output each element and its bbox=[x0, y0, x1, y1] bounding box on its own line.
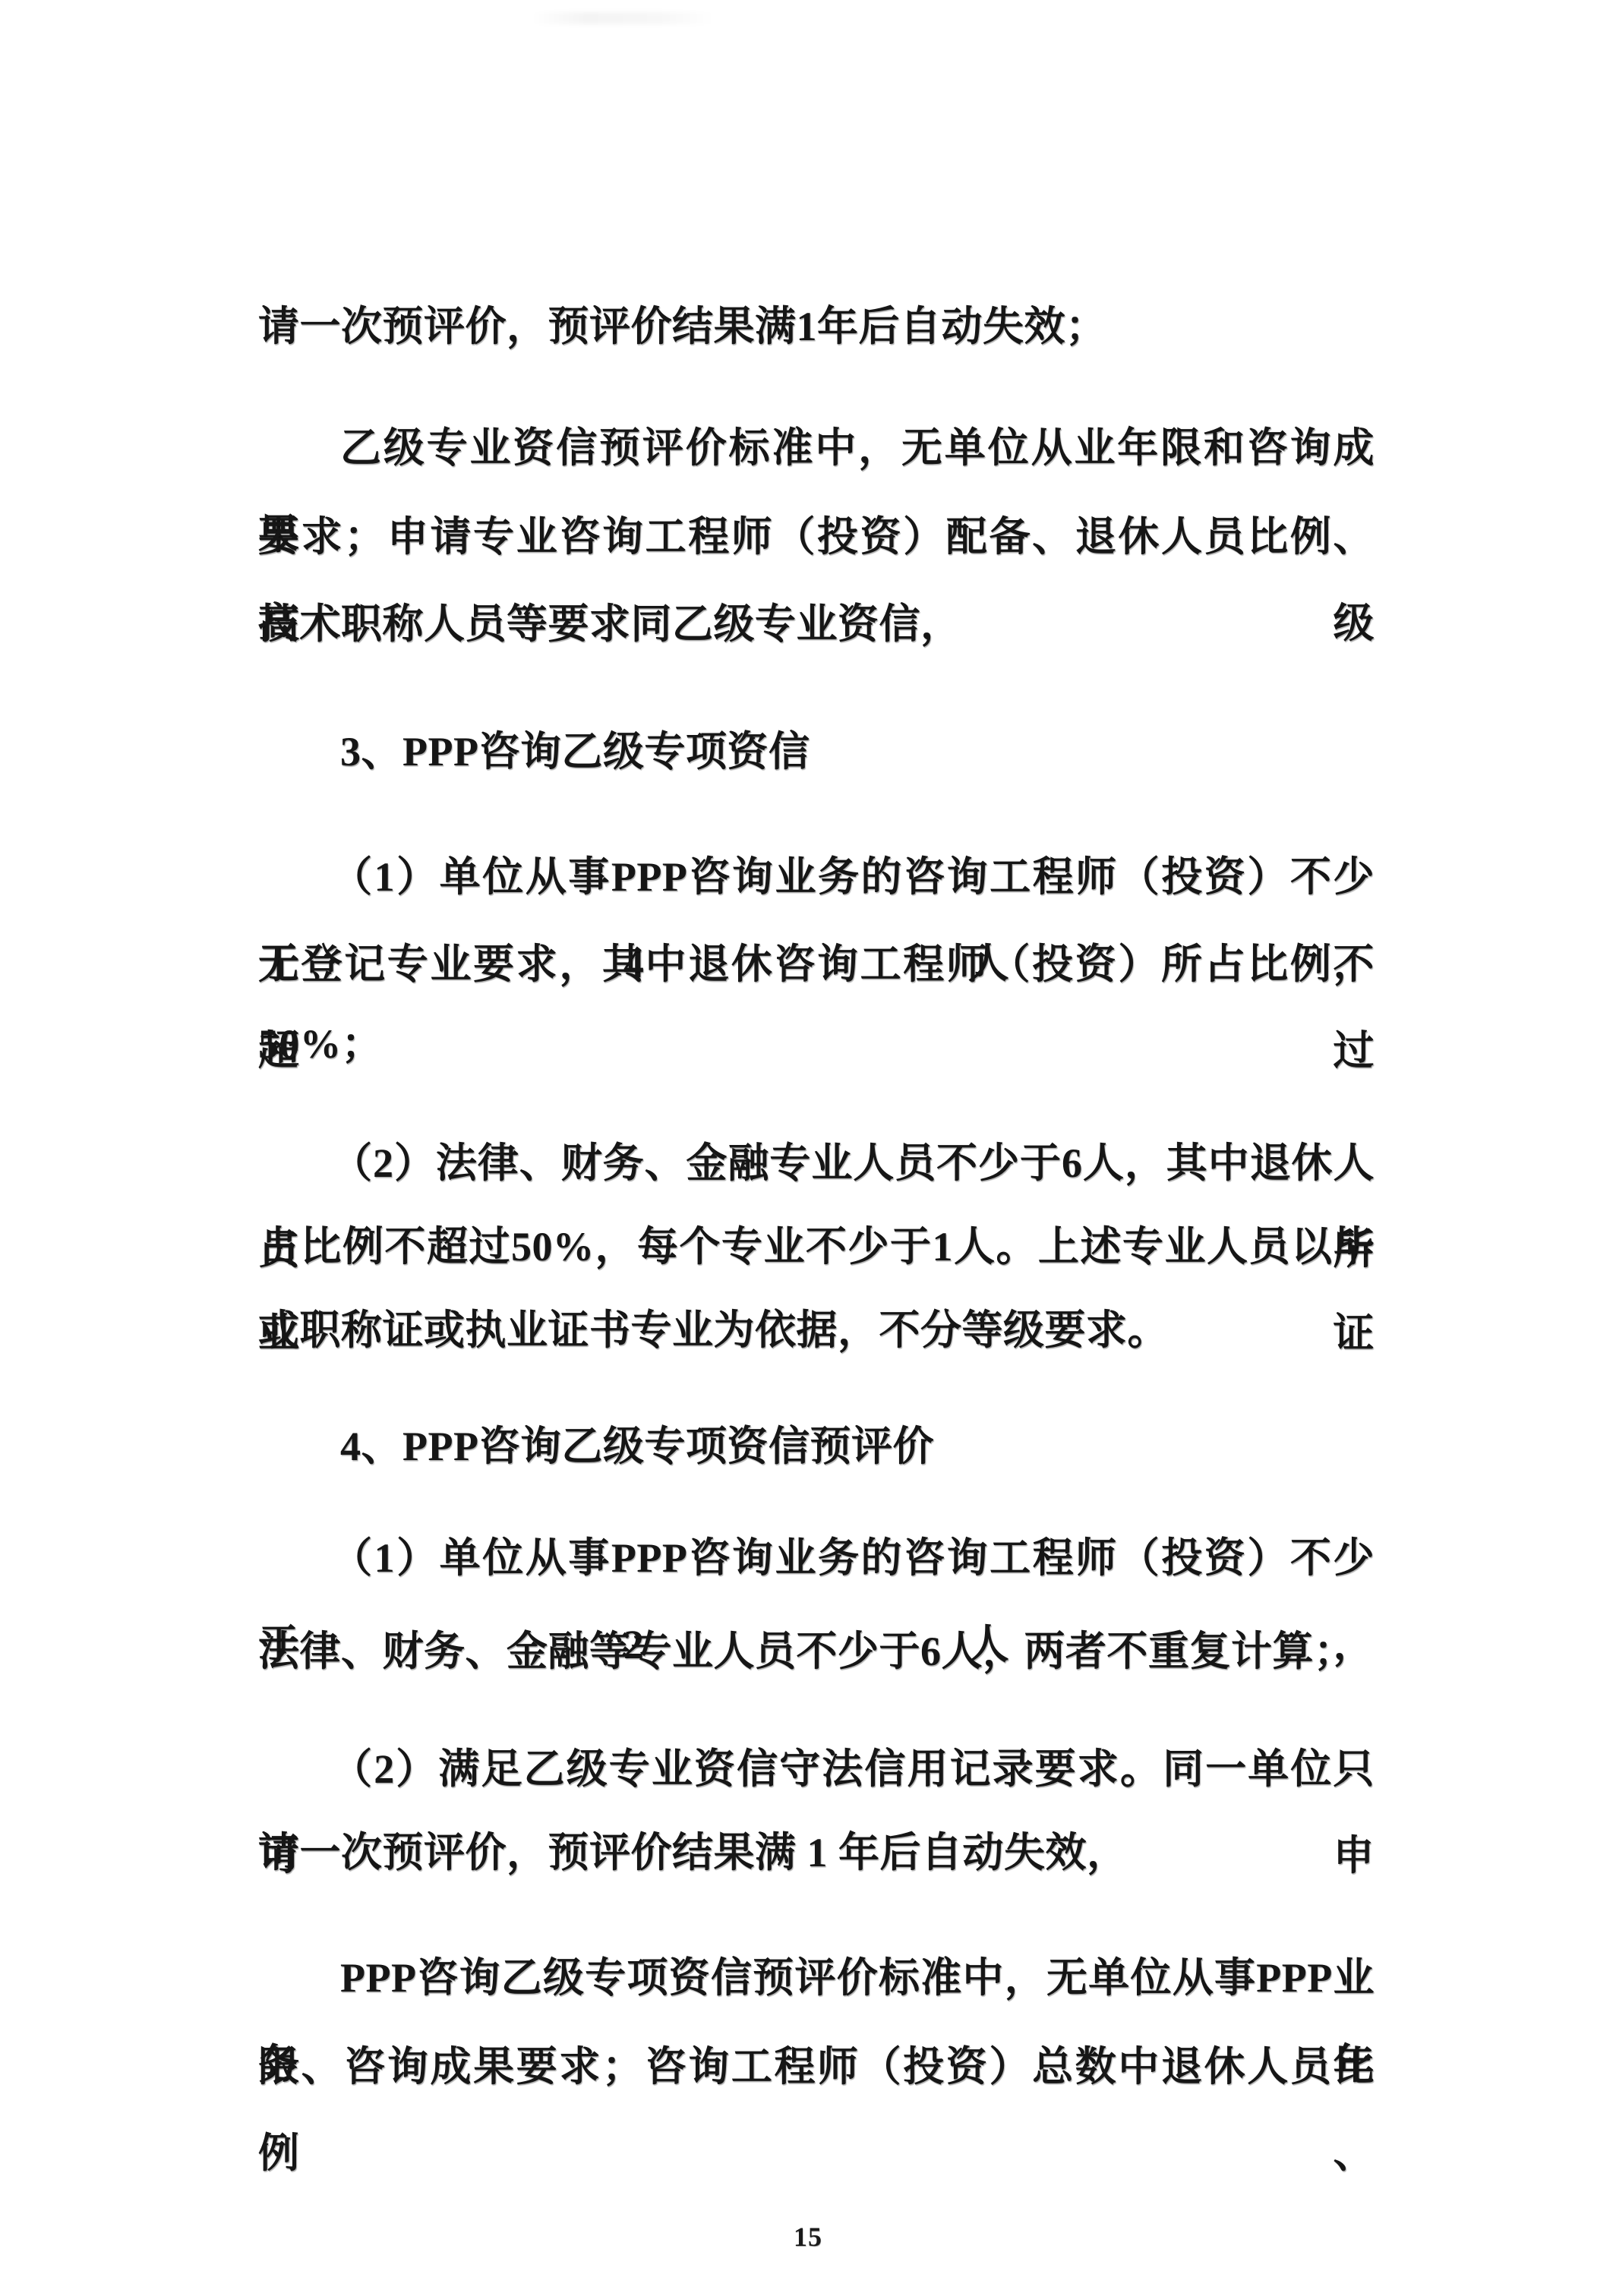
section-3-heading: 3、PPP咨询乙级专项资信 bbox=[258, 708, 1375, 795]
paragraph-line: 法律、财务、金融等专业人员不少于6人，两者不重复计算； bbox=[258, 1608, 1375, 1695]
paragraph-line: PPP咨询乙级专项资信预评价标准中，无单位从事PPP业务年 bbox=[258, 1935, 1375, 2021]
paragraph-line: 50%； bbox=[258, 1001, 1375, 1087]
paragraph-line: 技术职称人员等要求同乙级专业资信， bbox=[258, 581, 1375, 667]
document-page: 请一次预评价，预评价结果满1年后自动失效； 乙级专业资信预评价标准中，无单位从业… bbox=[0, 0, 1616, 2296]
paragraph-line: （1）单位从事PPP咨询业务的咨询工程师（投资）不少于4人， bbox=[258, 834, 1375, 920]
paragraph-line: 乙级专业资信预评价标准中，无单位从业年限和咨询成果 bbox=[258, 405, 1375, 491]
paragraph-line: 限、咨询成果要求；咨询工程师（投资）总数中退休人员比例、 bbox=[258, 2023, 1375, 2110]
paragraph-line: 无登记专业要求，其中退休咨询工程师（投资）所占比例不超过 bbox=[258, 921, 1375, 1008]
paragraph-tail-line: 请一次预评价，预评价结果满1年后自动失效； bbox=[258, 283, 1375, 370]
page-number: 15 bbox=[0, 2214, 1616, 2260]
paragraph-line: 或职称证或执业证书专业为依据，不分等级要求。 bbox=[258, 1287, 1375, 1373]
document-text: 请一次预评价，预评价结果满1年后自动失效； 乙级专业资信预评价标准中，无单位从业… bbox=[258, 0, 1375, 2296]
paragraph-line: （1）单位从事PPP咨询业务的咨询工程师（投资）不少于2人， bbox=[258, 1515, 1375, 1601]
paragraph-line: 请一次预评价，预评价结果满 1 年后自动失效， bbox=[258, 1809, 1375, 1896]
paragraph-line: 要求；申请专业咨询工程师（投资）配备、退休人员比例、高级 bbox=[258, 494, 1375, 580]
paragraph-line: （2）满足乙级专业资信守法信用记录要求。同一单位只可申 bbox=[258, 1726, 1375, 1812]
paragraph-line: （2）法律、财务、金融专业人员不少于6人，其中退休人员所 bbox=[258, 1120, 1375, 1206]
section-4-heading: 4、PPP咨询乙级专项资信预评价 bbox=[258, 1403, 1375, 1490]
paragraph-line: 占比例不超过50%，每个专业不少于1人。上述专业人员以毕业证 bbox=[258, 1203, 1375, 1290]
